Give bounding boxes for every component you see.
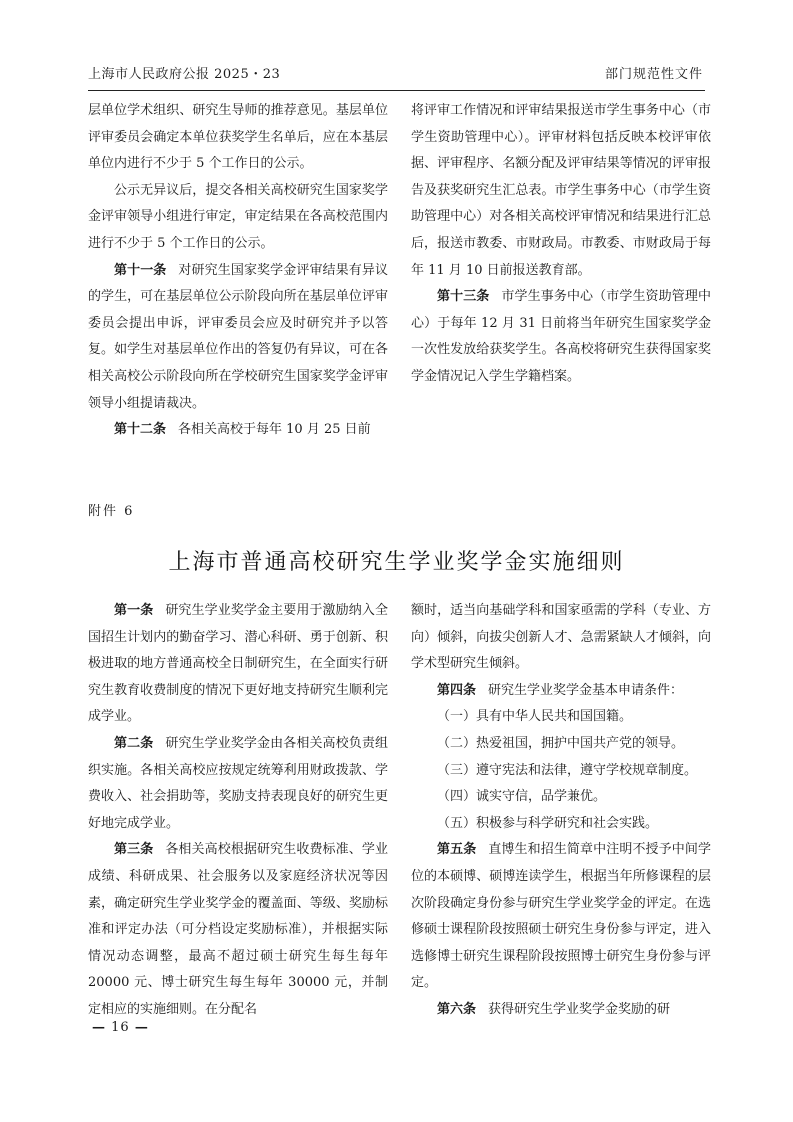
article-label: 第三条 (114, 842, 153, 857)
page-number-value: 16 (111, 1020, 130, 1035)
article-13: 第十三条市学生事务中心（市学生资助管理中心）于每年 12 月 31 日前将当年研… (411, 284, 711, 390)
article-label: 第十二条 (114, 422, 166, 437)
publication-title: 上海市人民政府公报 2025・23 (88, 64, 280, 86)
paragraph: 公示无异议后，提交各相关高校研究生国家奖学金评审领导小组进行审定，审定结果在各高… (88, 178, 388, 258)
continued-paragraph: 层单位学术组织、研究生导师的推荐意见。基层单位评审委员会确定本单位获奖学生名单后… (88, 98, 388, 178)
article-1: 第一条研究生学业奖学金主要用于激励纳入全国招生计划内的勤奋学习、潜心科研、勇于创… (88, 598, 388, 731)
article-4: 第四条研究生学业奖学金基本申请条件： (411, 678, 711, 705)
article-12: 第十二条各相关高校于每年 10 月 25 日前 (88, 417, 388, 444)
article-label: 第一条 (114, 603, 153, 618)
dash-right: — (135, 1020, 149, 1035)
article-label: 第四条 (437, 683, 476, 698)
continued-paragraph: 额时，适当向基础学科和国家亟需的学科（专业、方向）倾斜，向拔尖创新人才、急需紧缺… (411, 598, 711, 678)
bottom-left-column: 第一条研究生学业奖学金主要用于激励纳入全国招生计划内的勤奋学习、潜心科研、勇于创… (88, 598, 388, 1024)
page-number: — 16 — (92, 1020, 149, 1035)
article-label: 第十一条 (114, 263, 166, 278)
condition-item: （五）积极参与科学研究和社会实践。 (411, 811, 711, 838)
condition-item: （四）诚实守信，品学兼优。 (411, 784, 711, 811)
bottom-right-column: 额时，适当向基础学科和国家亟需的学科（专业、方向）倾斜，向拔尖创新人才、急需紧缺… (411, 598, 711, 1024)
condition-item: （一）具有中华人民共和国国籍。 (411, 704, 711, 731)
section-title: 部门规范性文件 (605, 64, 703, 86)
top-left-column: 层单位学术组织、研究生导师的推荐意见。基层单位评审委员会确定本单位获奖学生名单后… (88, 98, 388, 444)
article-3: 第三条各相关高校根据研究生收费标准、学业成绩、科研成果、社会服务以及家庭经济状况… (88, 837, 388, 1023)
article-2: 第二条研究生学业奖学金由各相关高校负责组织实施。各相关高校应按规定统筹利用财政拨… (88, 731, 388, 837)
condition-item: （二）热爱祖国，拥护中国共产党的领导。 (411, 731, 711, 758)
article-label: 第十三条 (437, 289, 489, 304)
dash-left: — (92, 1020, 106, 1035)
article-label: 第二条 (114, 736, 153, 751)
article-6: 第六条获得研究生学业奖学金奖励的研 (411, 997, 711, 1024)
article-5: 第五条直博生和招生简章中注明不授予中间学位的本硕博、硕博连读学生，根据当年所修课… (411, 837, 711, 997)
attachment-label: 附件 6 (88, 500, 134, 519)
top-right-column: 将评审工作情况和评审结果报送市学生事务中心（市学生资助管理中心）。评审材料包括反… (411, 98, 711, 391)
continued-paragraph: 将评审工作情况和评审结果报送市学生事务中心（市学生资助管理中心）。评审材料包括反… (411, 98, 711, 284)
article-label: 第五条 (437, 842, 476, 857)
condition-item: （三）遵守宪法和法律，遵守学校规章制度。 (411, 758, 711, 785)
article-label: 第六条 (437, 1002, 476, 1017)
article-11: 第十一条对研究生国家奖学金评审结果有异议的学生，可在基层单位公示阶段向所在基层单… (88, 258, 388, 418)
running-header: 上海市人民政府公报 2025・23 部门规范性文件 (88, 64, 705, 91)
document-title: 上海市普通高校研究生学业奖学金实施细则 (0, 545, 793, 576)
